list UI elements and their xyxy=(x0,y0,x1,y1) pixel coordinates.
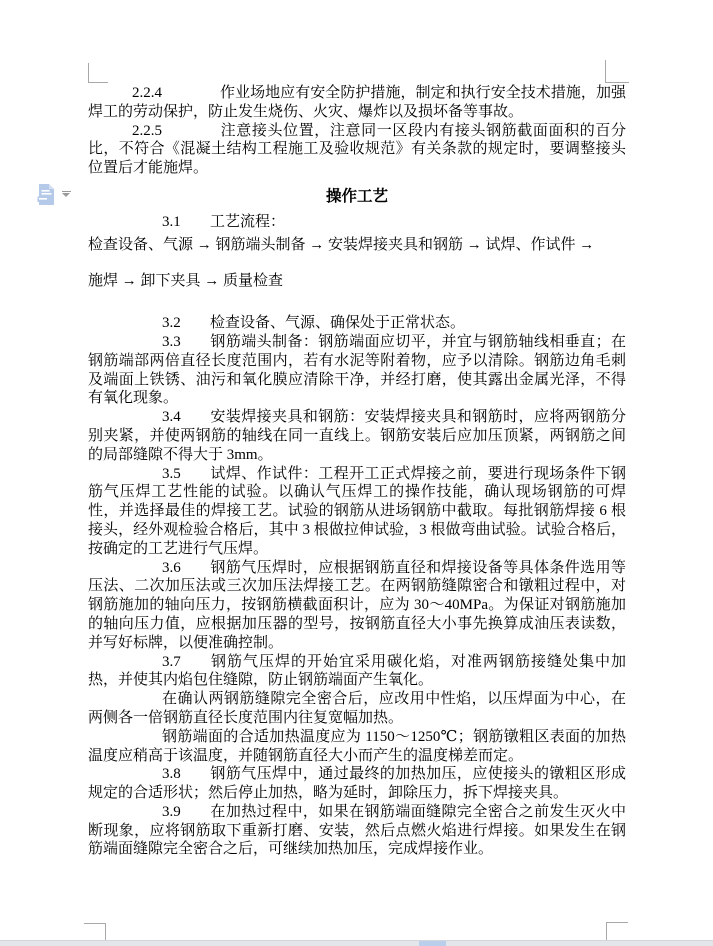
clause-number: 3.6 xyxy=(162,559,210,578)
clause-number: 2.2.5 xyxy=(132,122,220,141)
paragraph-2-2-4: 2.2.4作业场地应有安全防护措施，制定和执行安全技术措施，加强焊工的劳动保护，… xyxy=(88,84,626,122)
paragraph-3-3: 3.3钢筋端头制备：钢筋端面应切平，并宜与钢筋轴线相垂直；在钢筋端部两倍直径长度… xyxy=(88,333,626,408)
clause-number: 3.3 xyxy=(162,333,210,352)
process-flow-line-1: 检查设备、气源 → 钢筋端头制备 → 安装焊接夹具和钢筋 → 试焊、作试件 → xyxy=(88,236,626,255)
paste-options-button[interactable] xyxy=(37,181,79,207)
paragraph-3-2: 3.2检查设备、气源、确保处于正常状态。 xyxy=(88,314,626,333)
text-boundary-mark-top-left xyxy=(88,63,108,83)
clause-number: 2.2.4 xyxy=(132,84,220,103)
clause-number: 3.5 xyxy=(162,465,210,484)
paragraph-3-8: 3.8钢筋气压焊中，通过最终的加热加压，应使接头的镦粗区形成规定的合适形状；然后… xyxy=(88,765,626,803)
clause-number: 3.4 xyxy=(162,408,210,427)
horizontal-scrollbar[interactable] xyxy=(0,940,713,946)
clause-number: 3.2 xyxy=(162,314,210,333)
paragraph-3-7-continuation-2: 钢筋端面的合适加热温度应为 1150～1250℃；钢筋镦粗区表面的加热温度应稍高… xyxy=(88,728,626,766)
clause-number: 3.9 xyxy=(162,803,210,822)
clause-text: 检查设备、气源、确保处于正常状态。 xyxy=(210,315,465,331)
paragraph-3-7: 3.7钢筋气压焊的开始宜采用碳化焰，对准两钢筋接缝处集中加热，并使其内焰包住缝隙… xyxy=(88,653,626,691)
clause-number: 3.1 xyxy=(162,213,210,232)
paragraph-3-6: 3.6钢筋气压焊时，应根据钢筋直径和焊接设备等具体条件选用等压法、二次加压法或三… xyxy=(88,559,626,653)
text-boundary-mark-top-right xyxy=(605,60,629,83)
clause-number: 3.7 xyxy=(162,653,210,672)
document-page: 2.2.4作业场地应有安全防护措施，制定和执行安全技术措施，加强焊工的劳动保护，… xyxy=(0,0,713,946)
section-heading: 操作工艺 xyxy=(88,188,626,207)
clause-text: 工艺流程： xyxy=(210,214,285,230)
paragraph-2-2-5: 2.2.5注意接头位置，注意同一区段内有接头钢筋截面面积的百分比，不符合《混凝土… xyxy=(88,122,626,178)
paste-options-document-icon xyxy=(37,183,56,206)
clause-number: 3.8 xyxy=(162,765,210,784)
chevron-down-icon xyxy=(62,191,71,198)
document-body: 2.2.4作业场地应有安全防护措施，制定和执行安全技术措施，加强焊工的劳动保护，… xyxy=(88,84,626,859)
paragraph-3-9: 3.9在加热过程中，如果在钢筋端面缝隙完全密合之前发生灭火中断现象，应将钢筋取下… xyxy=(88,803,626,859)
scrollbar-thumb[interactable] xyxy=(419,941,446,946)
paragraph-3-1: 3.1工艺流程： xyxy=(88,213,626,232)
paragraph-3-4: 3.4安装焊接夹具和钢筋：安装焊接夹具和钢筋时，应将两钢筋分别夹紧，并使两钢筋的… xyxy=(88,408,626,464)
paragraph-3-7-continuation-1: 在确认两钢筋缝隙完全密合后，应改用中性焰，以压焊面为中心，在两侧各一倍钢筋直径长… xyxy=(88,690,626,728)
paragraph-3-5: 3.5试焊、作试件：工程开工正式焊接之前，要进行现场条件下钢筋气压焊工艺性能的试… xyxy=(88,465,626,559)
process-flow-line-2: 施焊 → 卸下夹具 → 质量检查 xyxy=(88,272,626,291)
text-boundary-mark-bottom-right xyxy=(606,922,628,942)
